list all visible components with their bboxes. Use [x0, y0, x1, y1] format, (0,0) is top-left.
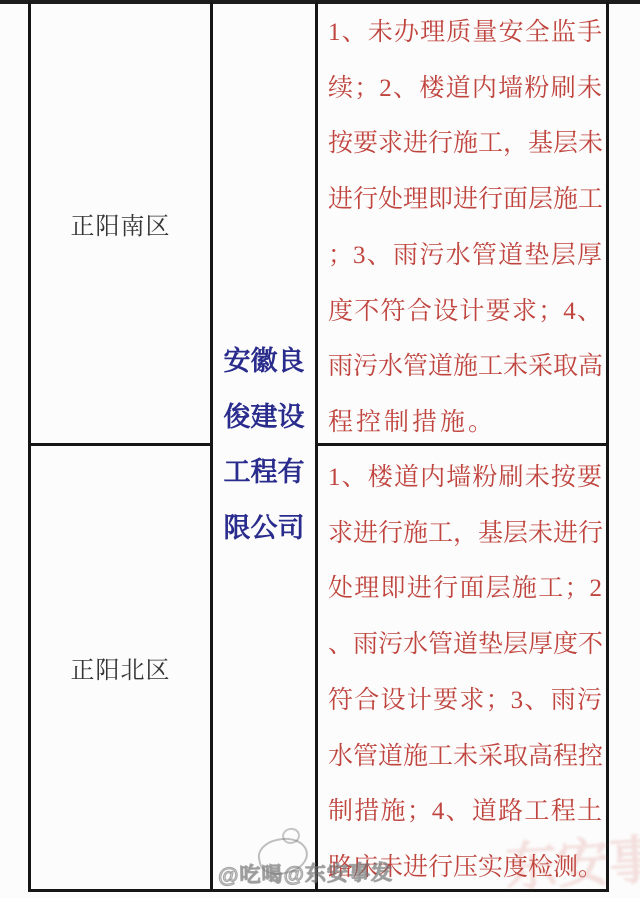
company-name-line: 工程有: [213, 445, 315, 501]
issue-line: 、雨污水管道垫层厚度不: [318, 617, 606, 673]
watermark-handle-text: @吃喝@东安事发: [218, 856, 393, 889]
district-cell-south: 正阳南区: [31, 4, 210, 443]
issue-line: 进行处理即进行面层施工: [318, 172, 606, 228]
issue-line: 处理即进行面层施工；2: [318, 561, 606, 617]
issue-line: 1、未办理质量安全监手: [318, 5, 606, 61]
district-label-north: 正阳北区: [71, 650, 171, 685]
issue-line: 水管道施工未采取高程控: [318, 729, 606, 785]
issue-line: 求进行施工，基层未进行: [318, 506, 606, 562]
issue-line: 度不符合设计要求；4、: [318, 284, 606, 340]
district-cell-north: 正阳北区: [31, 446, 210, 889]
district-label-south: 正阳南区: [71, 206, 171, 241]
issue-line: 按要求进行施工，基层未: [318, 116, 606, 172]
watermark-faint-stamp: 东安事发: [503, 818, 640, 898]
issue-line: 符合设计要求；3、雨污: [318, 673, 606, 729]
company-name-line: 限公司: [213, 501, 315, 557]
issue-line: ；3、雨污水管道垫层厚: [318, 228, 606, 284]
company-name-line: 安徽良: [213, 334, 315, 390]
issue-line: 续；2、楼道内墙粉刷未: [318, 61, 606, 117]
issue-line: 程控制措施。: [318, 395, 606, 451]
issue-line: 1、楼道内墙粉刷未按要: [318, 450, 606, 506]
company-name-line: 俊建设: [213, 390, 315, 446]
company-cell: 安徽良俊建设工程有限公司: [213, 334, 315, 557]
issues-cell-south: 1、未办理质量安全监手续；2、楼道内墙粉刷未按要求进行施工，基层未进行处理即进行…: [318, 5, 606, 451]
table-border-right: [606, 2, 609, 892]
inspection-table-photo: 正阳南区 正阳北区 安徽良俊建设工程有限公司 1、未办理质量安全监手续；2、楼道…: [0, 0, 640, 898]
issue-line: 雨污水管道施工未采取高: [318, 339, 606, 395]
